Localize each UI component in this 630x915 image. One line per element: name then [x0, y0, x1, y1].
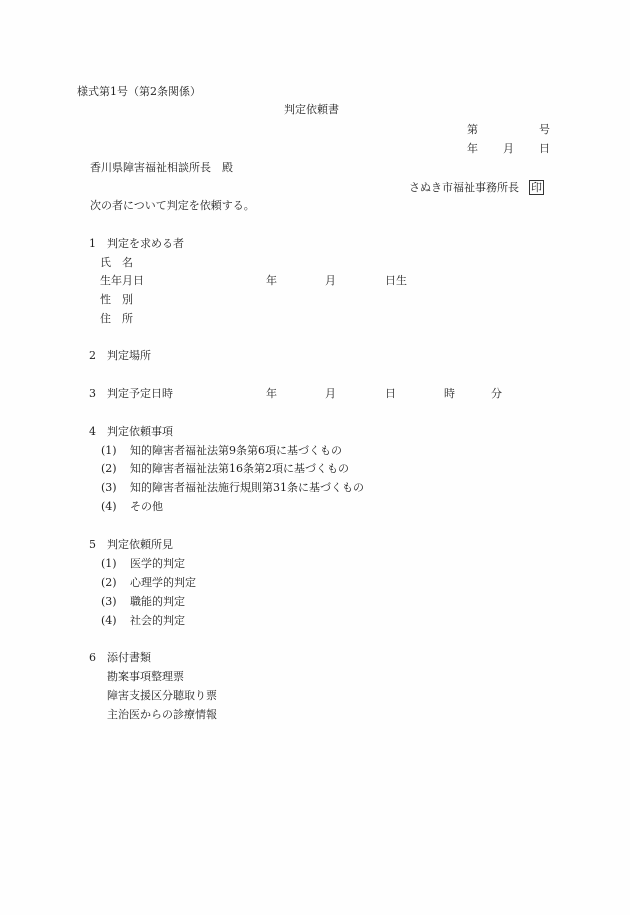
- birth-year: 年: [266, 274, 277, 288]
- request-item-text: 知的障害者福祉法第9条第6項に基づくもの: [130, 444, 342, 458]
- sender-name: さぬき市福祉事務所長: [409, 181, 519, 194]
- birth-day: 日生: [385, 274, 407, 288]
- section2-num: 2: [89, 349, 96, 363]
- sex-label: 性 別: [100, 293, 133, 307]
- sender-line: さぬき市福祉事務所長印: [409, 180, 544, 195]
- number-suffix: 号: [539, 123, 550, 137]
- attachment-item: 障害支援区分聴取り票: [107, 689, 217, 703]
- request-item-text: その他: [130, 500, 163, 514]
- number-prefix: 第: [467, 123, 478, 137]
- section1-title: 判定を求める者: [107, 237, 184, 251]
- opinion-item-num: (3): [101, 595, 117, 609]
- section6-title: 添付書類: [107, 651, 151, 665]
- schedule-minute: 分: [491, 387, 502, 401]
- section6-num: 6: [89, 651, 96, 665]
- opinion-item-num: (1): [101, 557, 117, 571]
- section4-num: 4: [89, 425, 96, 439]
- document-title: 判定依頼書: [284, 103, 339, 117]
- request-item-num: (2): [101, 462, 117, 476]
- addressee: 香川県障害福祉相談所長 殿: [90, 161, 233, 175]
- seal-stamp: 印: [529, 180, 544, 195]
- request-item-text: 知的障害者福祉法第16条第2項に基づくもの: [130, 462, 349, 476]
- date-month: 月: [503, 142, 514, 156]
- section3-num: 3: [89, 387, 96, 401]
- date-day: 日: [539, 142, 550, 156]
- section5-num: 5: [89, 538, 96, 552]
- attachment-item: 主治医からの診療情報: [107, 708, 217, 722]
- form-number: 様式第1号（第2条関係）: [77, 85, 201, 99]
- request-item-num: (1): [101, 444, 117, 458]
- intro-text: 次の者について判定を依頼する。: [90, 199, 255, 213]
- schedule-day: 日: [385, 387, 396, 401]
- date-year: 年: [467, 142, 478, 156]
- request-item-num: (4): [101, 500, 117, 514]
- section3-title: 判定予定日時: [107, 387, 173, 401]
- section5-title: 判定依頼所見: [107, 538, 173, 552]
- opinion-item-text: 社会的判定: [130, 614, 185, 628]
- section2-title: 判定場所: [107, 349, 151, 363]
- schedule-year: 年: [266, 387, 277, 401]
- opinion-item-text: 職能的判定: [130, 595, 185, 609]
- section1-num: 1: [89, 237, 96, 251]
- request-item-num: (3): [101, 481, 117, 495]
- section4-title: 判定依頼事項: [107, 425, 173, 439]
- schedule-hour: 時: [444, 387, 455, 401]
- opinion-item-num: (4): [101, 614, 117, 628]
- birth-label: 生年月日: [100, 274, 144, 288]
- schedule-month: 月: [325, 387, 336, 401]
- opinion-item-text: 心理学的判定: [130, 576, 196, 590]
- request-item-text: 知的障害者福祉法施行規則第31条に基づくもの: [130, 481, 364, 495]
- name-label: 氏 名: [100, 256, 133, 270]
- address-label: 住 所: [100, 312, 133, 326]
- opinion-item-text: 医学的判定: [130, 557, 185, 571]
- opinion-item-num: (2): [101, 576, 117, 590]
- attachment-item: 勘案事項整理票: [107, 670, 184, 684]
- birth-month: 月: [325, 274, 336, 288]
